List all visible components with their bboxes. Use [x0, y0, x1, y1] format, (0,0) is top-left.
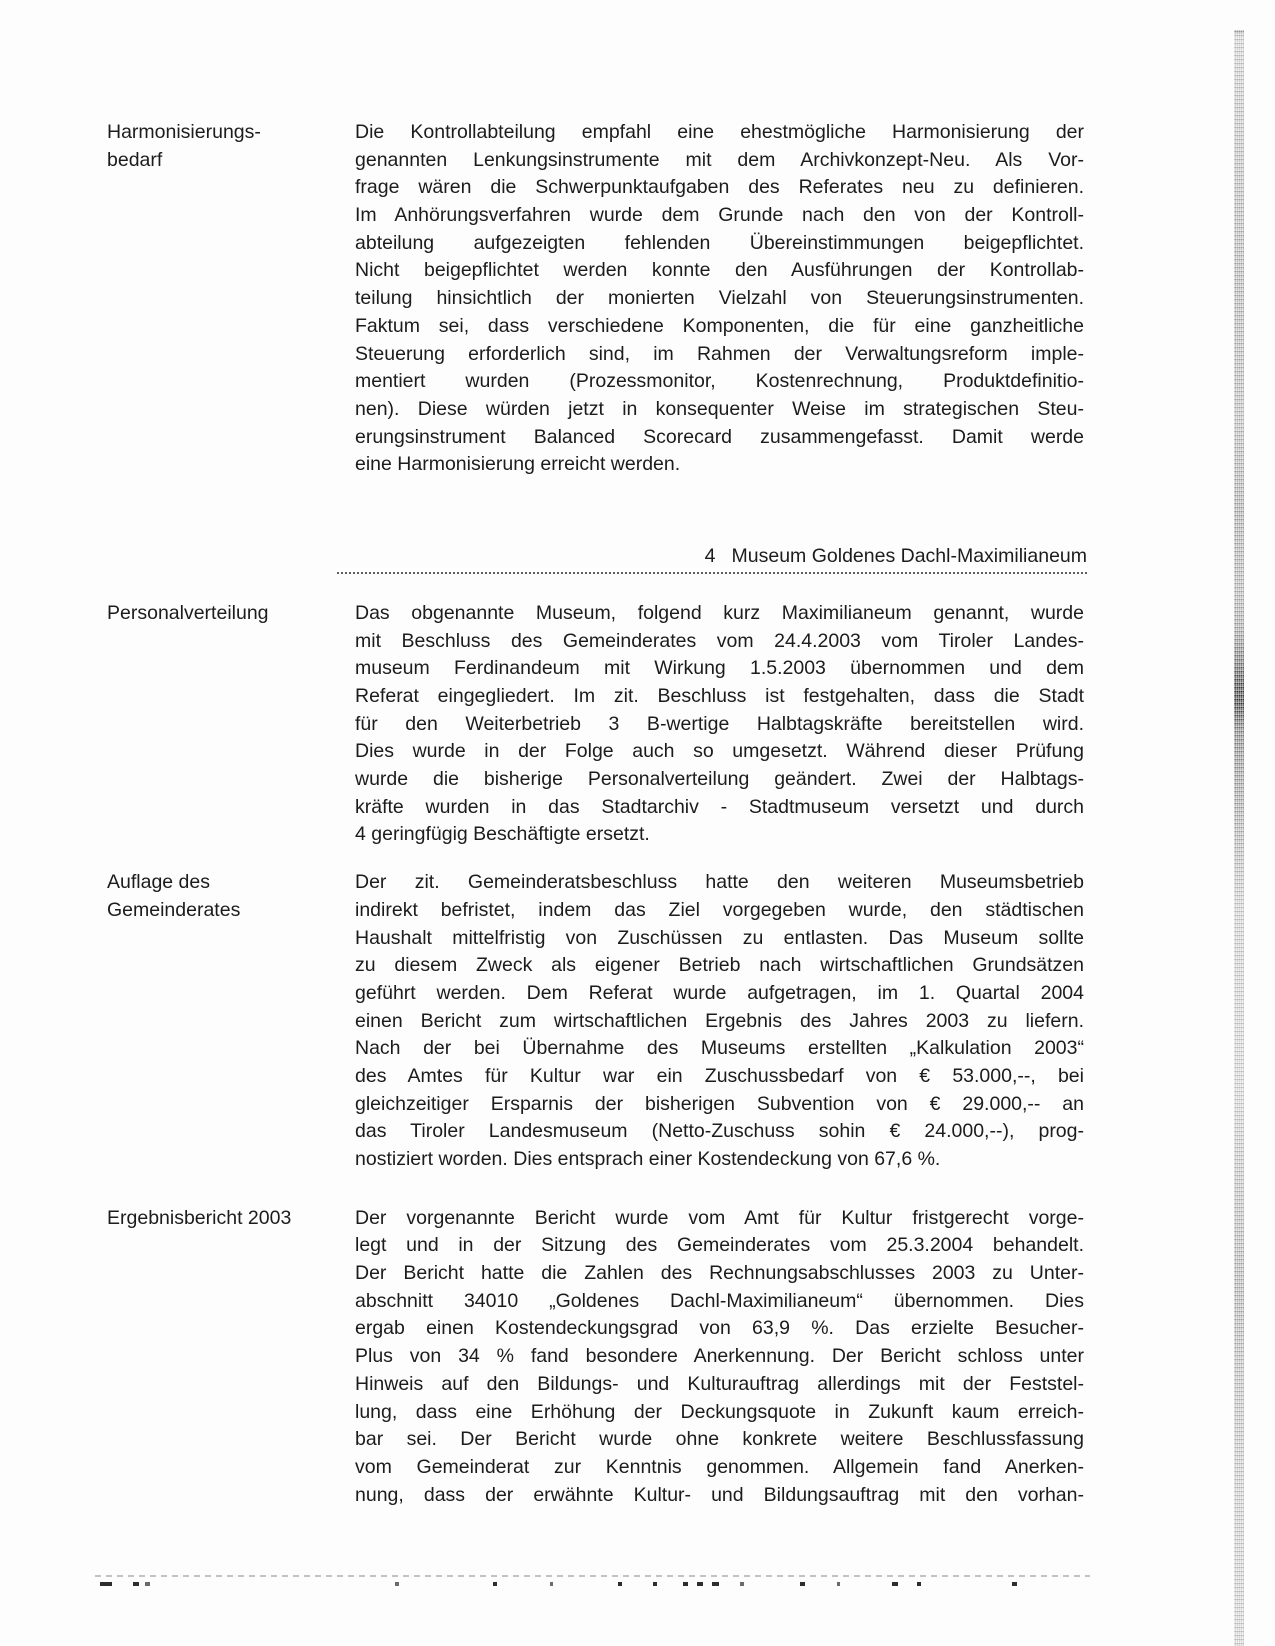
section-auflage-des-gemeinderates: Auflage desGemeinderates Der zit. Gemein…	[107, 869, 1275, 1174]
scanned-report-page: Harmonisierungs-bedarf Die Kontrollabtei…	[0, 0, 1275, 1646]
text-line: Auflage des	[107, 869, 355, 897]
text-line: Referat eingegliedert. Im zit. Beschluss…	[355, 683, 1084, 711]
text-line: einen Bericht zum wirtschaftlichen Ergeb…	[355, 1008, 1084, 1036]
text-line: erungsinstrument Balanced Scorecard zusa…	[355, 424, 1084, 452]
scan-artifact-band	[1234, 30, 1244, 1646]
cutoff-text-fragments	[95, 1582, 1090, 1588]
paragraph-harmonisierungsbedarf: Die Kontrollabteilung empfahl eine ehest…	[355, 119, 1084, 479]
text-line: Personalverteilung	[107, 600, 355, 628]
text-line: indirekt befristet, indem das Ziel vorge…	[355, 897, 1084, 925]
text-line: Nach der bei Übernahme des Museums erste…	[355, 1035, 1084, 1063]
text-line: zu diesem Zweck als eigener Betrieb nach…	[355, 952, 1084, 980]
margin-label-harmonisierungsbedarf: Harmonisierungs-bedarf	[107, 119, 355, 479]
paragraph-auflage-des-gemeinderates: Der zit. Gemeinderatsbeschluss hatte den…	[355, 869, 1084, 1174]
section-heading: 4Museum Goldenes Dachl-Maximilianeum	[337, 543, 1087, 569]
text-line: teilung hinsichtlich der monierten Vielz…	[355, 285, 1084, 313]
page-content: Harmonisierungs-bedarf Die Kontrollabtei…	[0, 0, 1275, 1588]
text-line: genannten Lenkungsinstrumente mit dem Ar…	[355, 147, 1084, 175]
text-line: des Amtes für Kultur war ein Zuschussbed…	[355, 1063, 1084, 1091]
text-line: Steuerung erforderlich sind, im Rahmen d…	[355, 341, 1084, 369]
text-line: Das obgenannte Museum, folgend kurz Maxi…	[355, 600, 1084, 628]
heading-number: 4	[705, 545, 716, 567]
text-line: eine Harmonisierung erreicht werden.	[355, 451, 1084, 479]
page-footer	[95, 1575, 1090, 1588]
text-line: Der Bericht hatte die Zahlen des Rechnun…	[355, 1260, 1084, 1288]
text-line: nung, dass der erwähnte Kultur- und Bild…	[355, 1482, 1084, 1510]
text-line: kräfte wurden in das Stadtarchiv - Stadt…	[355, 794, 1084, 822]
margin-label-ergebnisbericht-2003: Ergebnisbericht 2003	[107, 1205, 355, 1510]
text-line: Im Anhörungsverfahren wurde dem Grunde n…	[355, 202, 1084, 230]
paragraph-personalverteilung: Das obgenannte Museum, folgend kurz Maxi…	[355, 600, 1084, 849]
text-line: mit Beschluss des Gemeinderates vom 24.4…	[355, 628, 1084, 656]
text-line: Die Kontrollabteilung empfahl eine ehest…	[355, 119, 1084, 147]
text-line: 4 geringfügig Beschäftigte ersetzt.	[355, 821, 1084, 849]
text-line: geführt werden. Dem Referat wurde aufget…	[355, 980, 1084, 1008]
heading-title: Museum Goldenes Dachl-Maximilianeum	[732, 545, 1087, 567]
text-line: Haushalt mittelfristig von Zuschüssen zu…	[355, 925, 1084, 953]
text-line: Hinweis auf den Bildungs- und Kulturauft…	[355, 1371, 1084, 1399]
text-line: lung, dass eine Erhöhung der Deckungsquo…	[355, 1399, 1084, 1427]
text-line: gleichzeitiger Ersparnis der bisherigen …	[355, 1091, 1084, 1119]
text-line: Faktum sei, dass verschiedene Komponente…	[355, 313, 1084, 341]
text-line: vom Gemeinderat zur Kenntnis genommen. A…	[355, 1454, 1084, 1482]
text-line: nen). Diese würden jetzt in konsequenter…	[355, 396, 1084, 424]
text-line: abteilung aufgezeigten fehlenden Überein…	[355, 230, 1084, 258]
text-line: legt und in der Sitzung des Gemeinderate…	[355, 1232, 1084, 1260]
text-line: Dies wurde in der Folge auch so umgesetz…	[355, 738, 1084, 766]
text-line: für den Weiterbetrieb 3 B-wertige Halbta…	[355, 711, 1084, 739]
text-line: Plus von 34 % fand besondere Anerkennung…	[355, 1343, 1084, 1371]
section-personalverteilung: Personalverteilung Das obgenannte Museum…	[107, 600, 1275, 849]
text-line: Gemeinderates	[107, 897, 355, 925]
section-heading-row: 4Museum Goldenes Dachl-Maximilianeum	[337, 543, 1087, 574]
text-line: ergab einen Kostendeckungsgrad von 63,9 …	[355, 1315, 1084, 1343]
text-line: nostiziert worden. Dies entsprach einer …	[355, 1146, 1084, 1174]
text-line: museum Ferdinandeum mit Wirkung 1.5.2003…	[355, 655, 1084, 683]
paragraph-ergebnisbericht-2003: Der vorgenannte Bericht wurde vom Amt fü…	[355, 1205, 1084, 1510]
text-line: bar sei. Der Bericht wurde ohne konkrete…	[355, 1426, 1084, 1454]
text-line: abschnitt 34010 „Goldenes Dachl-Maximili…	[355, 1288, 1084, 1316]
text-line: Harmonisierungs-	[107, 119, 355, 147]
margin-label-auflage-des-gemeinderates: Auflage desGemeinderates	[107, 869, 355, 1174]
text-line: Nicht beigepflichtet werden konnte den A…	[355, 257, 1084, 285]
margin-label-personalverteilung: Personalverteilung	[107, 600, 355, 849]
footer-dashed-divider	[95, 1575, 1090, 1577]
text-line: das Tiroler Landesmuseum (Netto-Zuschuss…	[355, 1118, 1084, 1146]
text-line: wurde die bisherige Personalverteilung g…	[355, 766, 1084, 794]
text-line: Der vorgenannte Bericht wurde vom Amt fü…	[355, 1205, 1084, 1233]
section-ergebnisbericht-2003: Ergebnisbericht 2003 Der vorgenannte Ber…	[107, 1205, 1275, 1510]
text-line: frage wären die Schwerpunktaufgaben des …	[355, 174, 1084, 202]
section-harmonisierungsbedarf: Harmonisierungs-bedarf Die Kontrollabtei…	[107, 119, 1275, 479]
text-line: Ergebnisbericht 2003	[107, 1205, 355, 1233]
text-line: mentiert wurden (Prozessmonitor, Kostenr…	[355, 368, 1084, 396]
text-line: bedarf	[107, 147, 355, 175]
text-line: Der zit. Gemeinderatsbeschluss hatte den…	[355, 869, 1084, 897]
